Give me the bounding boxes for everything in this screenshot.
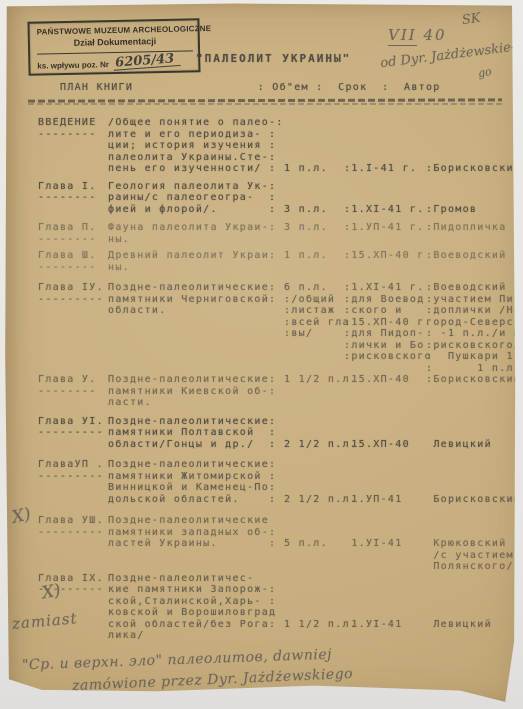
volume-cell: 1 п.л. bbox=[284, 250, 344, 262]
book-plan-row: Глава IУ. ---------Поздне-палеолитически… bbox=[38, 282, 517, 374]
chapter-label: Глава У. -------- bbox=[38, 374, 108, 397]
paper-sheet: PAŃSTWOWE MUZEUM ARCHEOLOGICZNE Dział Do… bbox=[0, 0, 523, 709]
chapter-description: Поздне-палеолитические: памятники Житоми… bbox=[108, 459, 284, 505]
table-header: ПЛАН КНИГИ : Об"ем : Срок : Автор bbox=[38, 82, 441, 93]
author-cell: :Борисковский bbox=[426, 374, 521, 386]
volume-cell: 6 п.л. :/общий :листаж :всей гла :вы/ bbox=[284, 282, 344, 340]
author-cell: :Воеводский bbox=[426, 250, 517, 262]
stamp-department: Dział Dokumentacji bbox=[37, 35, 193, 48]
author-cell: Левицкий bbox=[426, 416, 517, 451]
chapter-label: Глава УШ. --------- bbox=[38, 515, 108, 538]
deadline-cell: 15.ХП-40 bbox=[344, 416, 426, 451]
pencil-x-mark-chapter8: X) bbox=[10, 504, 32, 527]
deadline-cell: :1.I-41 г. bbox=[344, 117, 426, 175]
chapter-description: Поздне-палеолитические: памятники Черниг… bbox=[108, 282, 284, 317]
volume-cell: 3 п.л. bbox=[284, 181, 344, 216]
author-cell: :Борисковский bbox=[426, 117, 521, 175]
author-cell: Борисковский bbox=[426, 459, 521, 505]
deadline-cell: :1.XI-41 г. :для Воевод :ского и :15.ХП-… bbox=[344, 282, 426, 363]
stamp-register-line: ks. wpływu poz. Nr 6205/43 bbox=[37, 50, 193, 70]
author-cell: :Воеводский с :участием Пи- :доплички /Н… bbox=[426, 282, 523, 374]
chapter-label: ГлаваУП . --------- bbox=[38, 459, 108, 482]
pencil-date-year: 40 bbox=[423, 26, 446, 44]
book-plan-row: Глава У. --------Поздне-палеолитические:… bbox=[38, 374, 517, 409]
pencil-initials: SK bbox=[461, 11, 482, 28]
chapter-label: Глава I. -------- bbox=[38, 181, 108, 204]
deadline-cell: 1.УП-41 bbox=[344, 459, 426, 505]
book-plan-row: ВВЕДЕНИЕ --------/Общее понятие о палео-… bbox=[38, 117, 517, 175]
chapter-description: Поздне-палеолитические: памятники Киевск… bbox=[108, 374, 284, 409]
pencil-x-mark-chapter9: X) bbox=[40, 581, 62, 604]
document-title: "ПАЛЕОЛИТ УКРАИНЫ" bbox=[196, 52, 351, 65]
dashed-rule-faint bbox=[28, 103, 502, 105]
author-cell: :Пидопличка bbox=[426, 222, 517, 234]
volume-cell: 2 1/2 п.л. bbox=[284, 459, 344, 505]
stamp-institution: PAŃSTWOWE MUZEUM ARCHEOLOGICZNE bbox=[37, 24, 193, 36]
chapter-description: Поздне-палеолитичес- кие памятники Запор… bbox=[108, 573, 284, 642]
author-cell: Крюковский /с участием Полянского/ bbox=[426, 515, 517, 573]
handwritten-register-number: 6205/43 bbox=[113, 54, 181, 71]
chapter-label: Глава Ш. -------- bbox=[38, 250, 108, 273]
book-plan-row: Глава IХ. ---------Поздне-палеолитичес- … bbox=[38, 573, 517, 642]
volume-cell: 1 1/2 п.л. bbox=[284, 374, 344, 386]
chapter-description: Поздне-палеолитические памятники западны… bbox=[108, 515, 284, 550]
deadline-cell: :1.УП-41 г. bbox=[344, 222, 426, 234]
pencil-date: VII 40 bbox=[388, 26, 447, 44]
museum-stamp: PAŃSTWOWE MUZEUM ARCHEOLOGICZNE Dział Do… bbox=[27, 18, 200, 76]
chapter-description: Поздне-палеолитические: памятники Полтав… bbox=[108, 416, 284, 451]
author-cell: :Громов bbox=[426, 181, 517, 216]
volume-cell: 2 1/2 п.л. bbox=[284, 416, 344, 451]
chapter-description: Геология палеолита Ук-: раины/с палеогео… bbox=[108, 181, 284, 216]
pencil-from-note-suffix: go bbox=[477, 65, 493, 80]
chapter-label: ВВЕДЕНИЕ -------- bbox=[38, 117, 108, 140]
deadline-cell: :15.ХП-40 г bbox=[344, 250, 426, 262]
scanned-document: PAŃSTWOWE MUZEUM ARCHEOLOGICZNE Dział Do… bbox=[0, 0, 523, 709]
chapter-description: Фауна палеолита Украи-: ны. bbox=[108, 222, 284, 245]
chapter-label: Глава УI. --------- bbox=[38, 416, 108, 439]
book-plan-row: Глава П. --------Фауна палеолита Украи-:… bbox=[38, 222, 517, 245]
rows: ВВЕДЕНИЕ --------/Общее понятие о палео-… bbox=[38, 117, 517, 642]
book-plan-row: Глава Ш. --------Древний палеолит Украи:… bbox=[38, 250, 517, 273]
chapter-description: Древний палеолит Украи: ны. bbox=[108, 250, 284, 273]
stamp-register-label: ks. wpływu poz. Nr bbox=[37, 60, 109, 70]
book-plan-row: ГлаваУП . ---------Поздне-палеолитически… bbox=[38, 459, 517, 505]
deadline-cell: 15.ХП-40 bbox=[344, 374, 426, 386]
volume-cell: 1 п.л. bbox=[284, 117, 344, 175]
chapter-description: /Общее понятие о палео-: лите и его пери… bbox=[108, 117, 284, 175]
author-cell: Левицкий bbox=[426, 573, 517, 631]
chapter-label: Глава П. -------- bbox=[38, 222, 108, 245]
dashed-rule bbox=[28, 98, 502, 102]
volume-cell: 3 п.л. bbox=[284, 222, 344, 234]
chapter-label: Глава IУ. --------- bbox=[38, 282, 108, 305]
deadline-cell: 1.УI-41 bbox=[344, 573, 426, 631]
deadline-cell: 1.УI-41 bbox=[344, 515, 426, 550]
book-plan-row: Глава УI. ---------Поздне-палеолитически… bbox=[38, 416, 517, 451]
book-plan-row: Глава I. --------Геология палеолита Ук-:… bbox=[38, 181, 517, 216]
volume-cell: 1 1/2 п.л. bbox=[284, 573, 344, 631]
book-plan-row: Глава УШ. ---------Поздне-палеолитически… bbox=[38, 515, 517, 573]
pencil-date-month: VII bbox=[388, 26, 417, 46]
volume-cell: 5 п.л. bbox=[284, 515, 344, 550]
deadline-cell: :1.XI-41 г. bbox=[344, 181, 426, 216]
